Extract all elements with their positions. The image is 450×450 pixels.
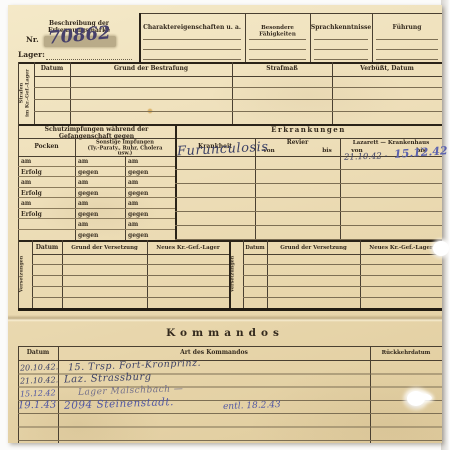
ruled-lines (34, 76, 442, 120)
hole-punch (407, 391, 425, 406)
vacc-cell: gegen (125, 188, 175, 199)
punish-header-date: Datum (34, 66, 70, 73)
vacc-cell: am (125, 156, 175, 167)
rule (18, 308, 442, 311)
vacc-cell: am (18, 198, 75, 209)
transfer-header-newcamp: Neues Kr.-Gef.-Lager (151, 245, 225, 251)
punish-header-sentence: Strafmaß (232, 66, 332, 73)
vacc-cell: Erfolg (18, 188, 75, 199)
hospital-from-handwritten: 21.10.42 - (344, 151, 388, 163)
transfers-side-label-right: Versetzungen (229, 240, 243, 308)
other-vacc-rows-2: am gegen am gegen am gegen am gegen (125, 156, 175, 240)
vacc-cell: gegen (75, 209, 125, 220)
vacc-cell: gegen (75, 188, 125, 199)
rule (139, 13, 442, 14)
transfers-side-label-left: Versetzungen (18, 240, 32, 308)
nr-label: Nr. (26, 36, 42, 44)
transfer-header-newcamp: Neues Kr.-Gef.-Lager (364, 245, 438, 251)
vacc-cell: gegen (125, 167, 175, 178)
kommandos-title: Kommandos (8, 328, 442, 340)
kdo-entry-date: 19.1.43 (18, 400, 56, 412)
side-label-line2: im Kr.-Gef.-Lager (25, 68, 31, 119)
scanned-document-photo: Beschreibung der Erkennungsmarke Nr. 708… (0, 0, 450, 450)
rule (18, 62, 442, 64)
ruled-lines (143, 30, 241, 61)
vacc-cell: gegen (125, 230, 175, 241)
vacc-cell: am (18, 177, 75, 188)
divider (310, 13, 311, 62)
vacc-cell: am (18, 156, 75, 167)
ruled-lines (376, 30, 438, 61)
vacc-cell: gegen (125, 209, 175, 220)
transfer-header-date: Datum (245, 246, 265, 252)
smallpox-rows: am Erfolg am Erfolg am Erfolg (18, 156, 75, 240)
divider (372, 13, 373, 62)
side-label: Versetzungen (19, 256, 25, 292)
torn-edge-notch (433, 241, 449, 256)
lager-blank-line (46, 51, 132, 60)
vacc-cell: am (75, 219, 125, 230)
vacc-cell: am (125, 177, 175, 188)
pow-record-card: Beschreibung der Erkennungsmarke Nr. 708… (8, 5, 442, 443)
vacc-cell: am (75, 177, 125, 188)
vacc-cell (18, 219, 75, 230)
kdo-entry-date: 20.10.42. (20, 362, 58, 372)
kdo-entry-date: 21.10.42. (20, 375, 58, 385)
ruled-lines (243, 254, 442, 304)
punishments-side-label: Strafen im Kr.-Gef.-Lager (18, 62, 34, 124)
kdo-header-date: Datum (18, 350, 58, 357)
rule (18, 346, 442, 347)
punish-header-served: Verbüßt, Datum (332, 66, 442, 73)
paper-seam (8, 315, 442, 322)
vacc-cell: am (125, 198, 175, 209)
kdo-header-type: Art des Kommandos (58, 350, 370, 357)
vacc-cell: Erfolg (18, 209, 75, 220)
scan-edge-shadow (441, 0, 450, 450)
vacc-cell: am (125, 219, 175, 230)
ruled-lines (175, 156, 442, 240)
transfer-header-reason: Grund der Versetzung (272, 245, 356, 251)
kdo-header-return: Rückkehrdatum (374, 350, 439, 356)
smallpox-header: Pocken (18, 144, 75, 151)
lager-label: Lager: (18, 51, 46, 59)
punish-header-reason: Grund der Bestrafung (70, 66, 232, 73)
ruled-lines (249, 30, 306, 61)
vacc-cell: am (75, 198, 125, 209)
divider (139, 13, 141, 62)
divider (245, 13, 246, 62)
vacc-cell: gegen (75, 167, 125, 178)
sickbay-to-label: bis (318, 148, 336, 154)
side-label: Versetzungen (230, 256, 236, 292)
ruled-lines (32, 254, 229, 304)
kdo-entry-date: 15.12.42 (20, 388, 56, 398)
transfer-header-date: Datum (32, 245, 62, 252)
ruled-lines (314, 30, 368, 61)
other-vacc-rows-1: am gegen am gegen am gegen am gegen (75, 156, 125, 240)
vacc-cell (18, 230, 75, 241)
illnesses-title: Erkrankungen (175, 126, 442, 134)
vacc-cell: Erfolg (18, 167, 75, 178)
vacc-cell: am (75, 156, 125, 167)
transfer-header-reason: Grund der Versetzung (66, 245, 143, 251)
kdo-entry-note: entl. 18.2.43 (223, 400, 281, 412)
vacc-cell: gegen (75, 230, 125, 241)
